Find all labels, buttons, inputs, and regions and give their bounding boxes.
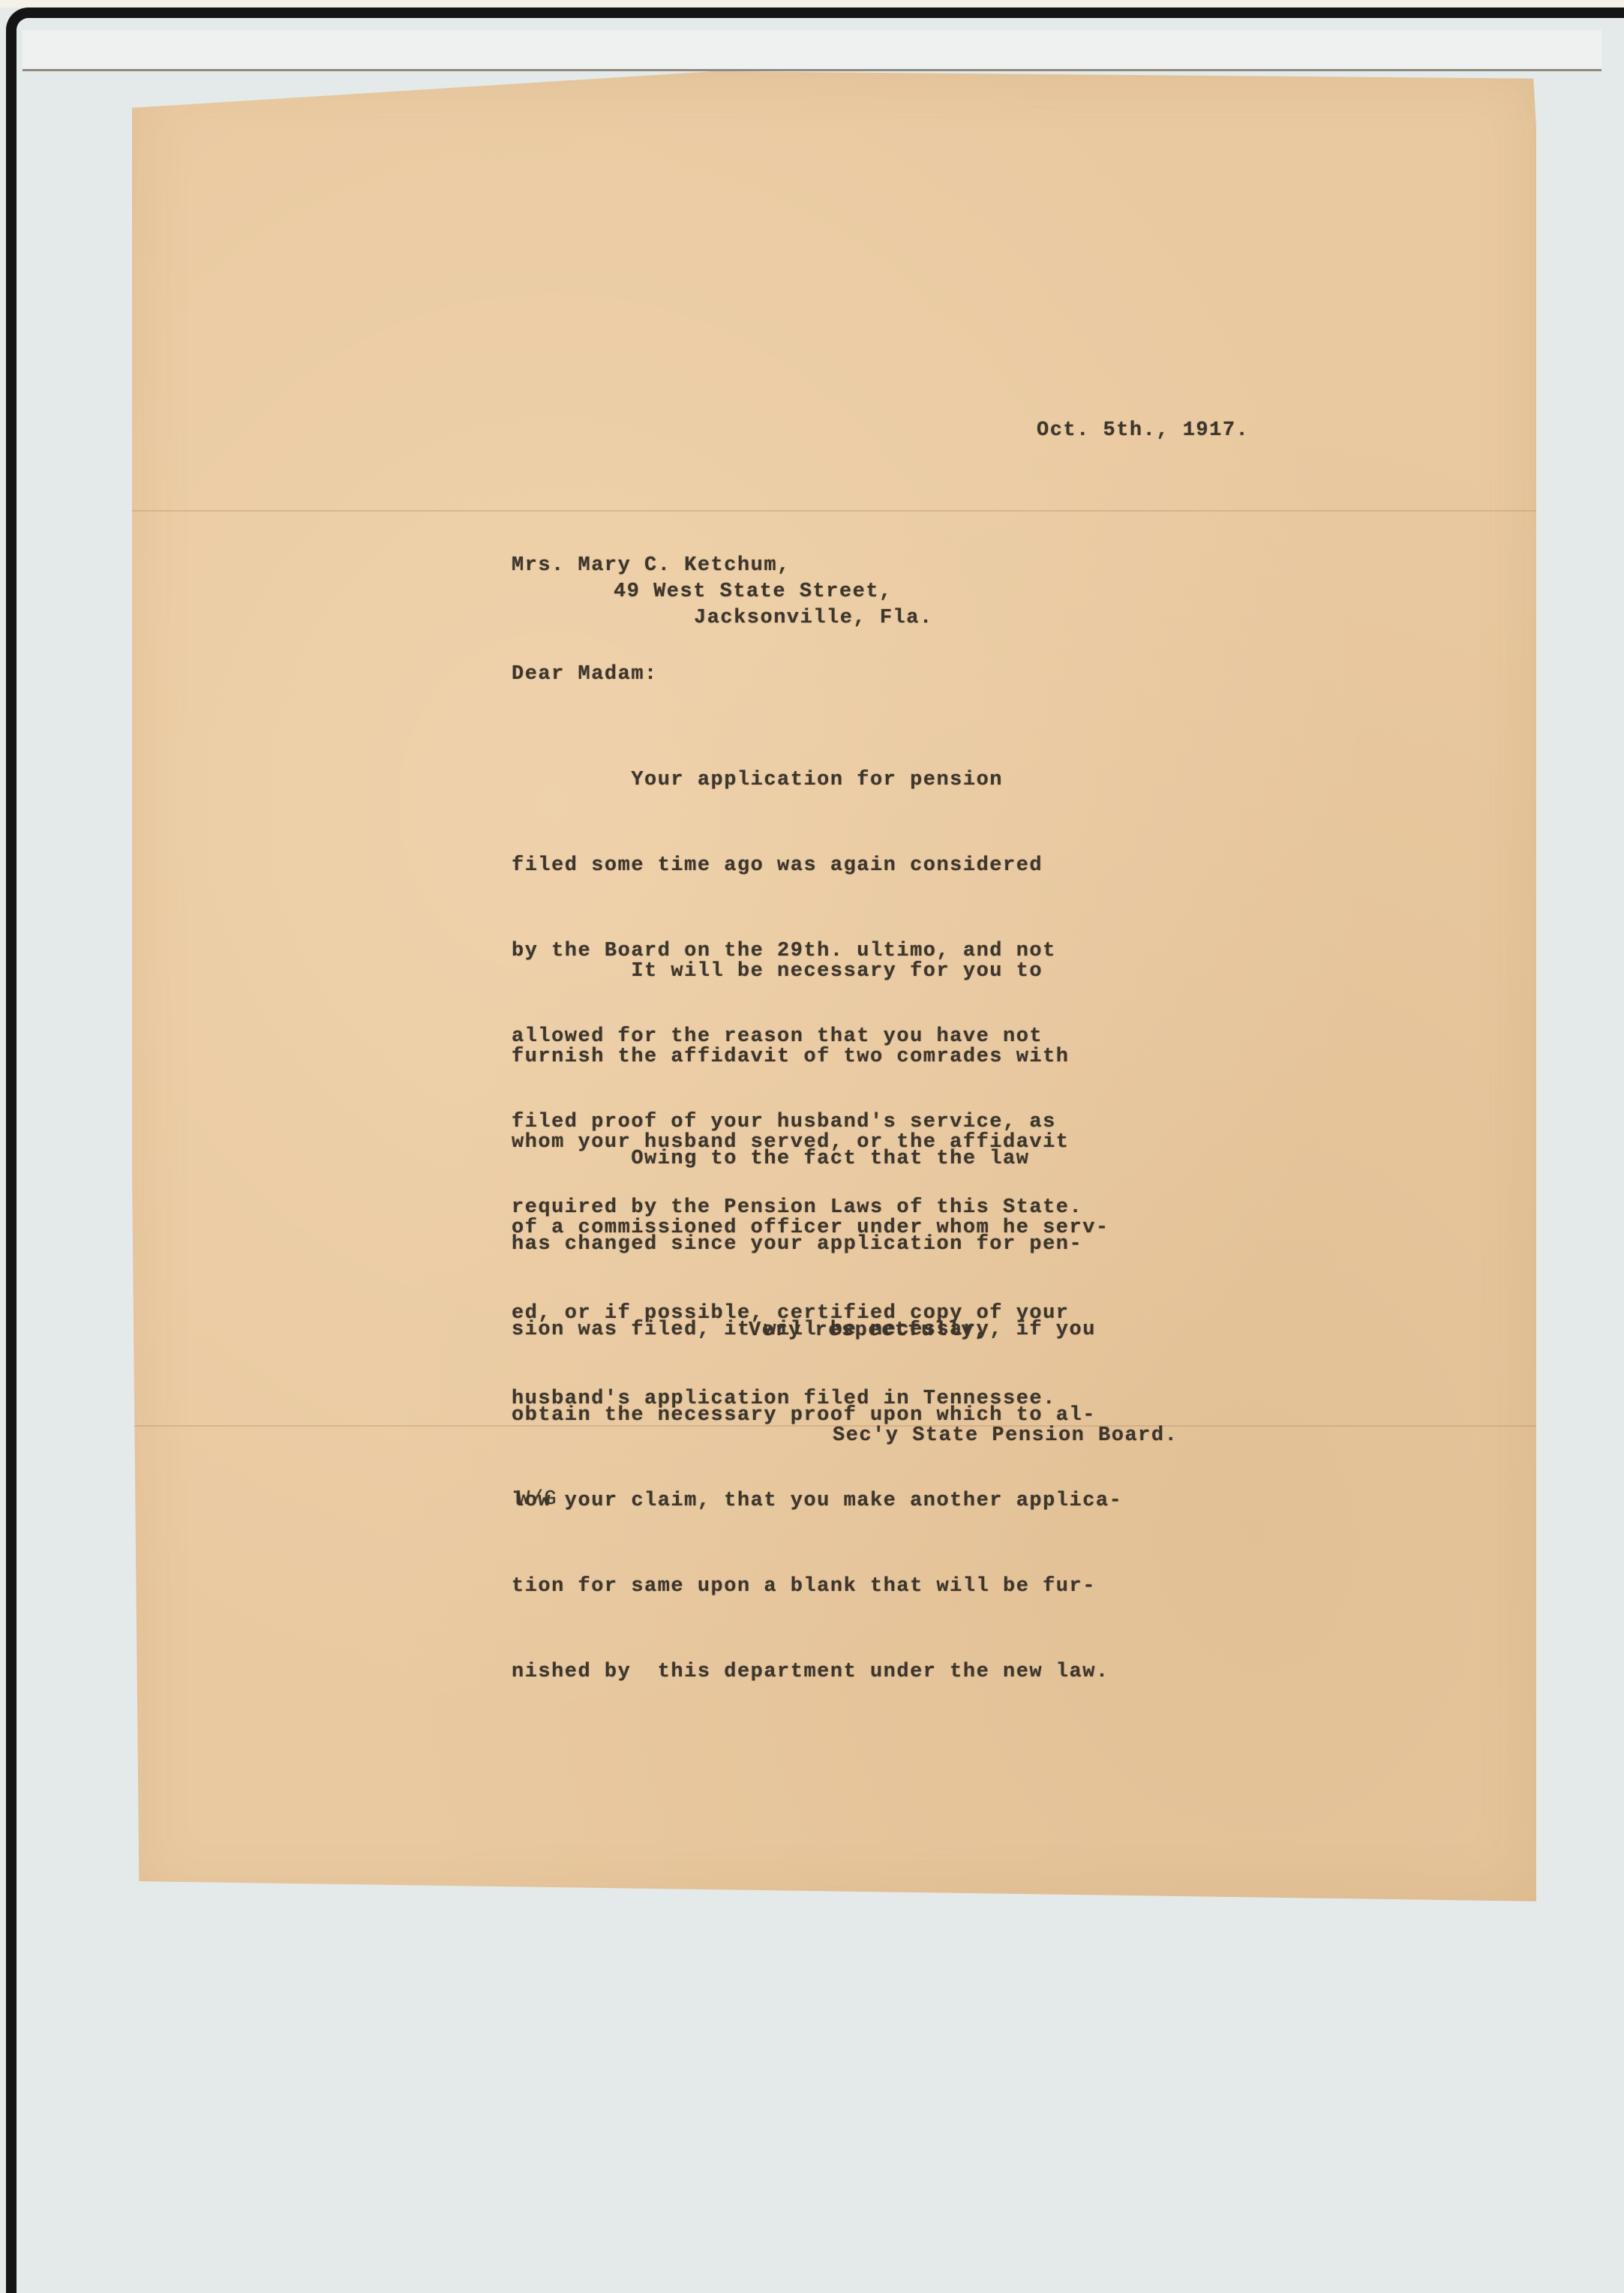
letter-date: Oct. 5th., 1917. bbox=[1037, 416, 1249, 445]
typist-initials: W/G bbox=[518, 1485, 557, 1514]
closing: Very respectfully, bbox=[749, 1316, 988, 1345]
signature-title: Sec'y State Pension Board. bbox=[833, 1421, 1178, 1450]
paragraph-line: tion for same upon a blank that will be … bbox=[512, 1572, 1122, 1601]
recipient-city: Jacksonville, Fla. bbox=[694, 604, 933, 632]
recipient-name: Mrs. Mary C. Ketchum, bbox=[512, 551, 791, 580]
body-paragraph-3: Owing to the fact that the law has chang… bbox=[512, 1088, 1122, 1715]
paragraph-line: Owing to the fact that the law bbox=[512, 1145, 1122, 1173]
scanner-strip bbox=[23, 30, 1601, 71]
paragraph-line: filed some time ago was again considered bbox=[512, 851, 1082, 880]
paragraph-line: It will be necessary for you to bbox=[512, 957, 1109, 986]
fold-line bbox=[132, 510, 1536, 512]
paragraph-line: Your application for pension bbox=[512, 766, 1082, 794]
scan-top-edge bbox=[0, 0, 1624, 8]
paragraph-line: low your claim, that you make another ap… bbox=[512, 1487, 1122, 1515]
paragraph-line: furnish the affidavit of two comrades wi… bbox=[512, 1043, 1109, 1071]
salutation: Dear Madam: bbox=[512, 660, 658, 689]
paragraph-line: nished by this department under the new … bbox=[512, 1658, 1122, 1686]
paragraph-line: has changed since your application for p… bbox=[512, 1230, 1122, 1259]
recipient-street: 49 West State Street, bbox=[614, 578, 893, 606]
